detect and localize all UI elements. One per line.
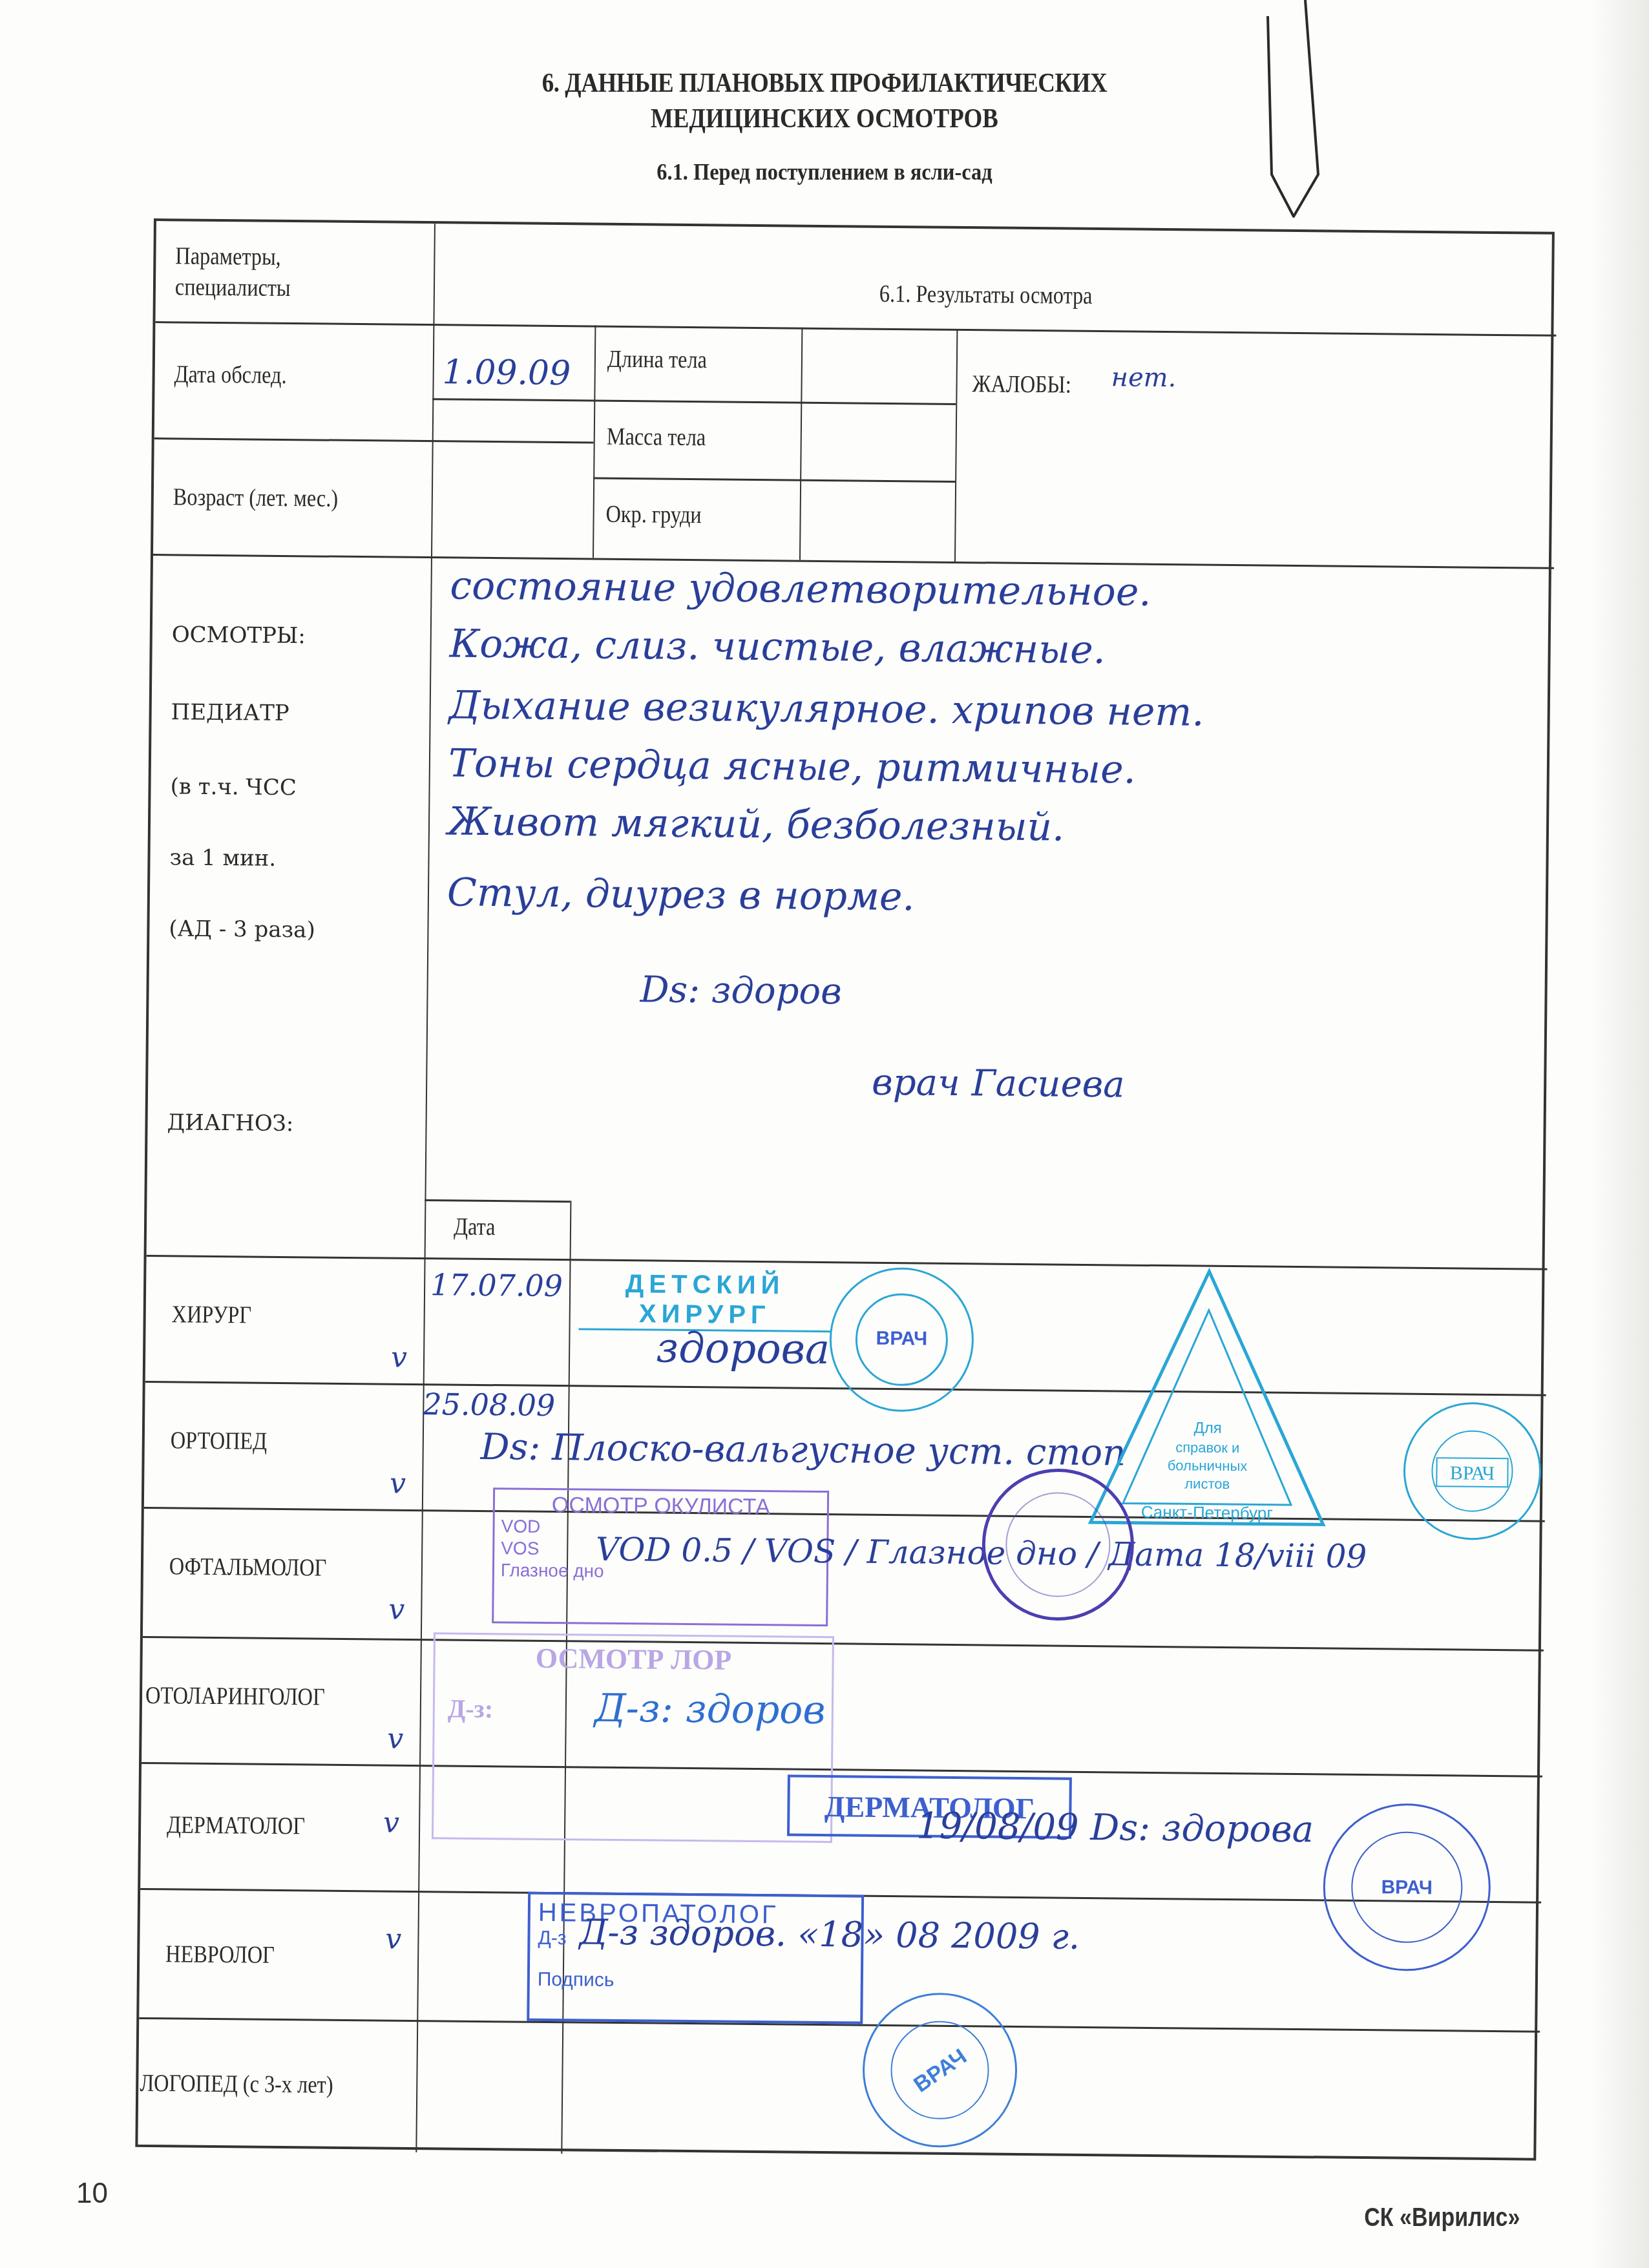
pediatric-note-2: Кожа, слиз. чистые, влажные.: [449, 621, 1106, 673]
pediatric-note-4: Тоны сердца ясные, ритмичные.: [448, 740, 1136, 792]
svg-text:ВРАЧ: ВРАЧ: [909, 2044, 971, 2097]
dermatologist-round-stamp: ВРАЧ: [1316, 1796, 1498, 1979]
results-header: 6.1. Результаты осмотра: [879, 280, 1093, 310]
pediatric-note-1: состояние удовлетворительное.: [450, 563, 1151, 614]
surgeon-stamp: ДЕТСКИЙ ХИРУРГ: [579, 1268, 832, 1332]
page-edge-shadow: [1591, 0, 1649, 2268]
svg-text:Санкт-Петербург: Санкт-Петербург: [1141, 1502, 1273, 1523]
svg-text:ВРАЧ: ВРАЧ: [1450, 1462, 1495, 1484]
ent-stamp-title: ОСМОТР ЛОР: [448, 1641, 819, 1677]
specialist-orthopedist: ОРТОПЕД: [171, 1426, 268, 1455]
svg-text:листов: листов: [1184, 1475, 1230, 1492]
svg-text:больничных: больничных: [1168, 1457, 1248, 1474]
page-number: 10: [76, 2178, 108, 2210]
neurologist-result: Д-з здоров. «18» 08 2009 г.: [579, 1911, 1080, 1957]
specialist-neurologist: НЕВРОЛОГ: [165, 1940, 275, 1969]
exams-label: ОСМОТРЫ:: [172, 622, 306, 649]
specialist-speech-therapist: ЛОГОПЕД (с 3-х лет): [140, 2069, 333, 2099]
neurologist-round-stamp: ВРАЧ: [855, 1986, 1024, 2155]
orthopedist-date: 25.08.09: [423, 1387, 555, 1423]
complaints-label: ЖАЛОБЫ:: [972, 370, 1071, 399]
neurologist-stamp: НЕВРОПАТОЛОГ Д-з Подпись: [527, 1892, 864, 2024]
exam-table: Параметры, специалисты 6.1. Результаты о…: [135, 218, 1555, 2161]
orthopedist-check: v: [390, 1467, 406, 1500]
ent-stamp: ОСМОТР ЛОР Д-з:: [432, 1632, 834, 1843]
svg-text:справок и: справок и: [1175, 1439, 1239, 1456]
params-header: Параметры, специалисты: [175, 240, 291, 304]
publisher-mark: СК «Вирилис»: [1364, 2203, 1520, 2232]
blood-pressure-label: (АД - 3 раза): [169, 916, 315, 943]
dermatologist-check: v: [383, 1807, 399, 1840]
surgeon-check: v: [391, 1341, 407, 1374]
specialist-otolaryngologist: ОТОЛАРИНГОЛОГ: [145, 1681, 325, 1712]
heart-rate-label-2: за 1 мин.: [169, 845, 276, 872]
date-column-header: Дата: [454, 1213, 496, 1242]
chest-label: Окр. груди: [605, 500, 702, 529]
otolaryngologist-result: Д-з: здоров: [594, 1686, 826, 1733]
orthopedist-round-stamp: ВРАЧ: [1397, 1396, 1547, 1546]
specialist-surgeon: ХИРУРГ: [172, 1300, 252, 1329]
pediatrician-label: ПЕДИАТР: [171, 699, 289, 726]
heart-rate-label: (в т.ч. ЧСС: [170, 773, 297, 801]
section-title-line2: МЕДИЦИНСКИХ ОСМОТРОВ: [99, 103, 1550, 134]
specialist-ophthalmologist: ОФТАЛЬМОЛОГ: [169, 1552, 327, 1582]
pediatric-note-3: Дыхание везикулярное. хрипов нет.: [448, 682, 1204, 735]
pediatric-note-5: Живот мягкий, безболезный.: [448, 799, 1065, 850]
surgeon-result: здорова: [656, 1325, 830, 1374]
pediatric-diagnosis: Ds: здоров: [640, 969, 842, 1013]
neurologist-check: v: [385, 1923, 401, 1956]
svg-text:Для: Для: [1193, 1420, 1222, 1437]
body-mass-label: Масса тела: [607, 423, 706, 452]
oculist-stamp-title: ОСМОТР ОКУЛИСТА: [501, 1493, 821, 1518]
ophthalmologist-round-stamp: [976, 1463, 1139, 1626]
params-header-line2: специалисты: [175, 271, 291, 304]
ophthalmologist-check: v: [388, 1593, 404, 1626]
body-length-label: Длина тела: [607, 345, 707, 374]
exam-date-label: Дата обслед.: [174, 360, 286, 390]
neuro-field-signature: Подпись: [538, 1969, 853, 1994]
pediatric-note-6: Стул, диурез в норме.: [447, 870, 915, 919]
specialist-dermatologist: ДЕРМАТОЛОГ: [167, 1811, 305, 1840]
surgeon-date: 17.07.09: [430, 1267, 563, 1303]
surgeon-round-stamp: ВРАЧ: [823, 1261, 980, 1418]
diagnosis-label: ДИАГНОЗ:: [167, 1109, 293, 1137]
pediatrician-signature: врач Гасиева: [872, 1062, 1125, 1106]
exam-date-value: 1.09.09: [442, 353, 571, 393]
section-subtitle: 6.1. Перед поступлением в ясли-сад: [83, 158, 1567, 185]
complaints-value: нет.: [1111, 362, 1176, 393]
params-header-line1: Параметры,: [175, 240, 291, 273]
svg-text:ВРАЧ: ВРАЧ: [1381, 1876, 1433, 1898]
svg-text:ВРАЧ: ВРАЧ: [876, 1328, 928, 1350]
age-label: Возраст (лет. мес.): [173, 483, 339, 512]
dermatologist-result: 19/08/09 Ds: здорова: [916, 1805, 1314, 1851]
otolaryngologist-check: v: [387, 1723, 403, 1756]
section-title: 6. ДАННЫЕ ПЛАНОВЫХ ПРОФИЛАКТИЧЕСКИХ: [99, 68, 1550, 99]
